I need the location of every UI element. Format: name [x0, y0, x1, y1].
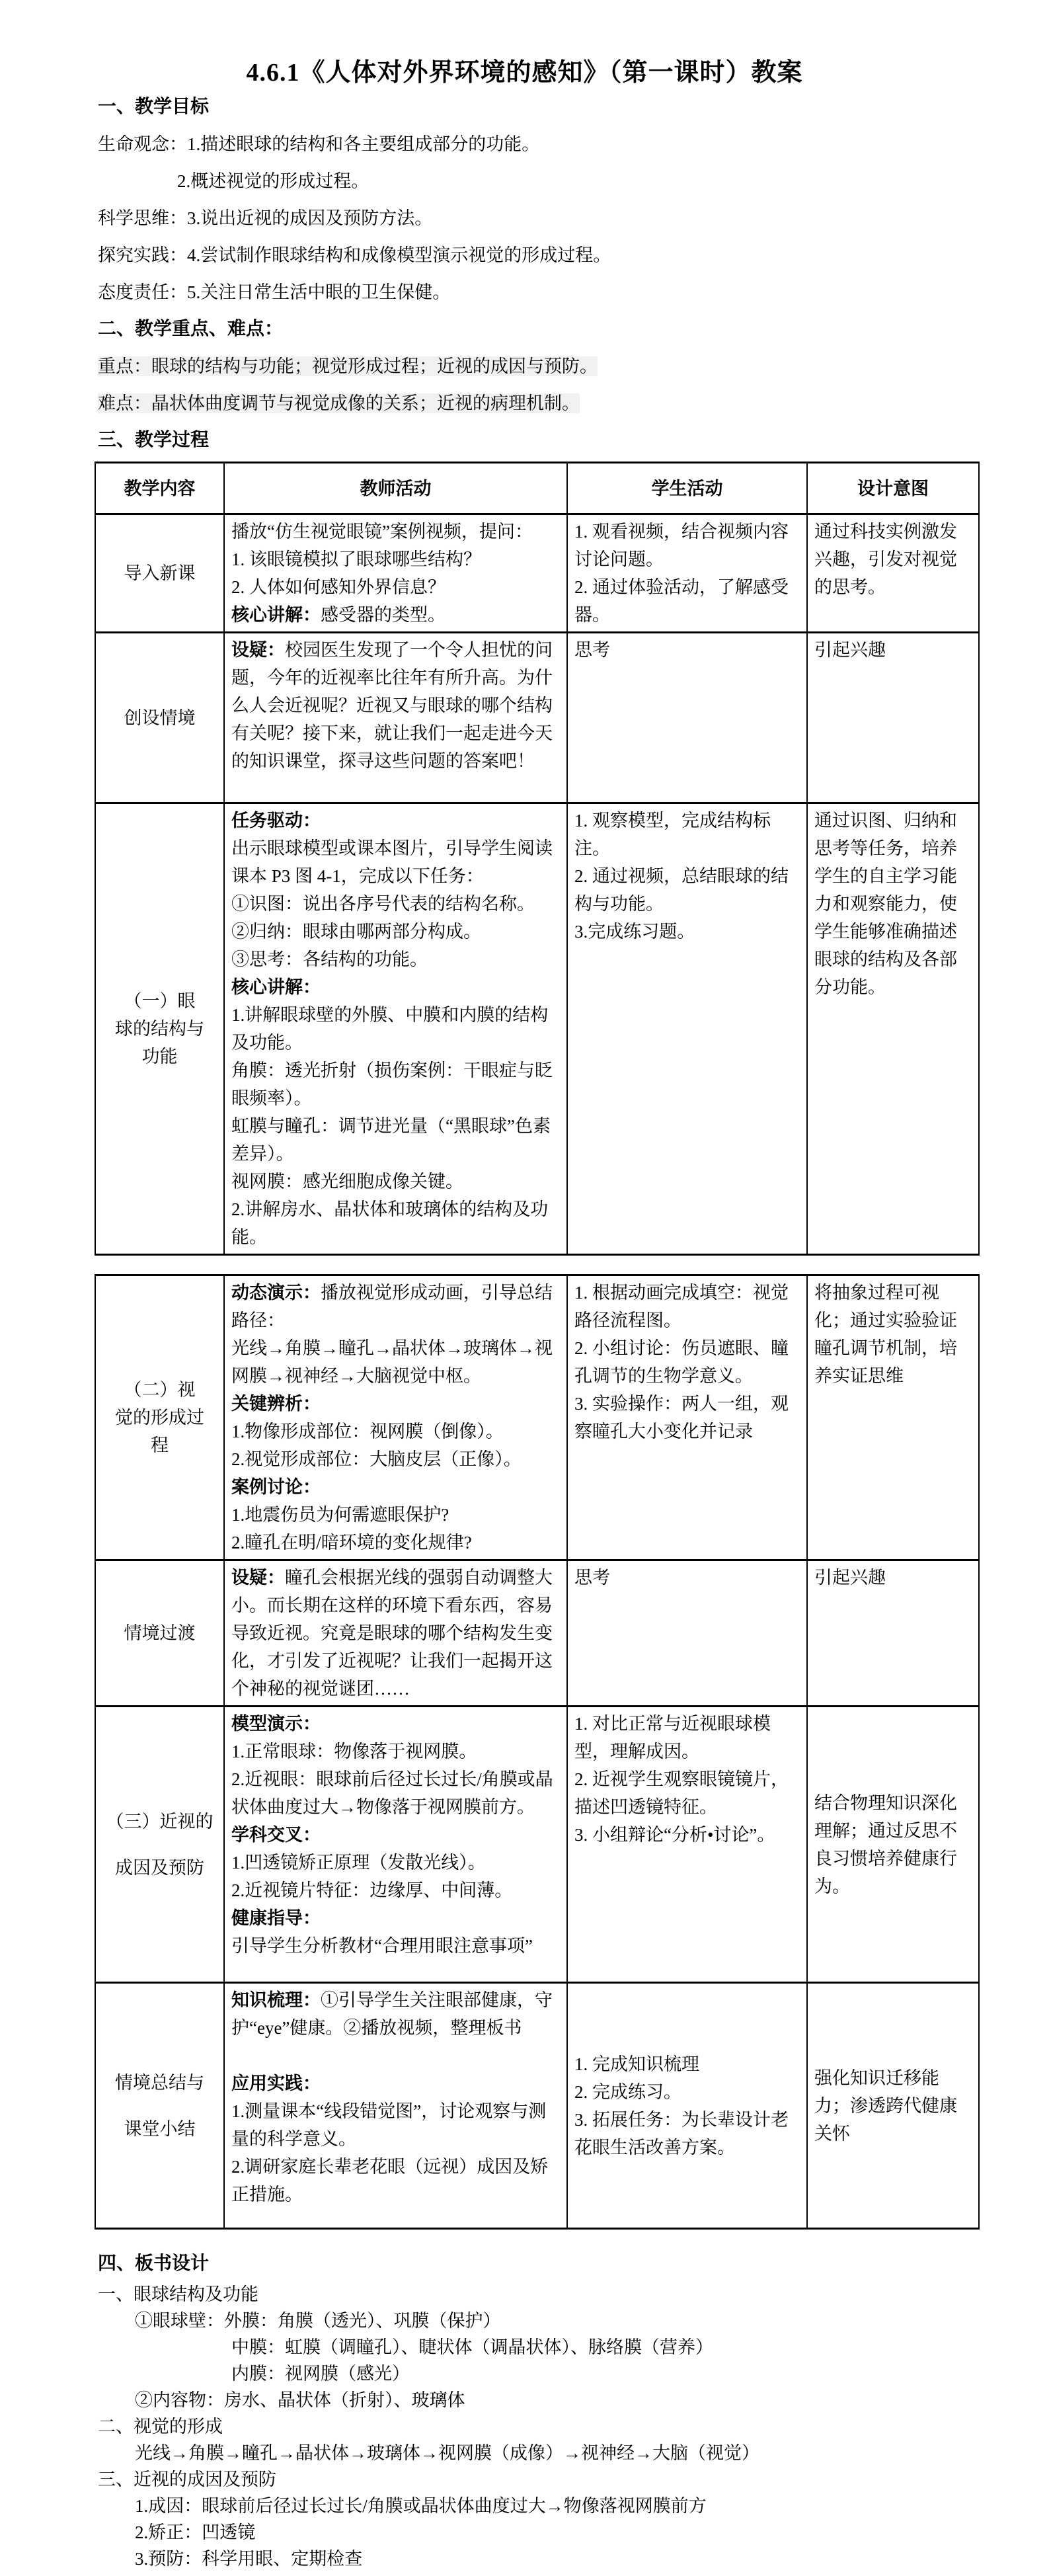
table-row: 创设情境设疑：校园医生发现了一个令人担忧的问题，今年的近视率比往年有所升高。为什… — [95, 633, 979, 803]
paragraph: 通过识图、归纳和思考等任务，培养学生的自主学习能力和观察能力，使学生能够准确描述… — [814, 807, 972, 1001]
table-gap — [95, 1256, 983, 1274]
paragraph: 知识梳理：①引导学生关注眼部健康，守护“eye”健康。②播放视频，整理板书 — [231, 1986, 560, 2042]
student-cell: 1. 完成知识梳理2. 完成练习。3. 拓展任务：为长辈设计老花眼生活改善方案。 — [567, 1983, 807, 2229]
paragraph: 光线→角膜→瞳孔→晶状体→玻璃体→视网膜→视神经→大脑视觉中枢。 — [231, 1334, 560, 1390]
board-line: ①眼球壁：外膜：角膜（透光）、巩膜（保护） — [98, 2308, 983, 2334]
heading-board: 四、板书设计 — [98, 2247, 983, 2281]
paragraph: 1.讲解眼球壁的外膜、中膜和内膜的结构及功能。 — [231, 1001, 560, 1057]
teacher-cell: 知识梳理：①引导学生关注眼部健康，守护“eye”健康。②播放视频，整理板书 应用… — [224, 1983, 567, 2229]
paragraph: 1. 观察模型，完成结构标注。 — [574, 807, 800, 862]
heading-keypoints: 二、教学重点、难点： — [98, 311, 983, 348]
board-line: 一、眼球结构及功能 — [98, 2281, 983, 2308]
teacher-cell: 设疑：校园医生发现了一个令人担忧的问题，今年的近视率比往年有所升高。为什么人会近… — [224, 633, 567, 803]
header-cell: 学生活动 — [567, 463, 807, 514]
student-cell: 思考 — [567, 633, 807, 803]
paragraph: 1. 根据动画完成填空：视觉路径流程图。 — [574, 1279, 800, 1334]
objective-line: 探究实践：4.尝试制作眼球结构和成像模型演示视觉的形成过程。 — [98, 237, 983, 274]
paragraph: 出示眼球模型或课本图片，引导学生阅读课本 P3 图 4-1，完成以下任务： — [231, 834, 560, 890]
paragraph: 2. 人体如何感知外界信息？ — [231, 573, 560, 601]
paragraph: 1.地震伤员为何需遮眼保护? — [231, 1501, 560, 1529]
paragraph: 视网膜：感光细胞成像关键。 — [231, 1168, 560, 1195]
intent-cell: 结合物理知识深化理解；通过反思不良习惯培养健康行为。 — [807, 1707, 979, 1983]
paragraph: ③思考：各结构的功能。 — [231, 946, 560, 973]
lesson-plan-document: 4.6.1《人体对外界环境的感知》（第一课时）教案 一、教学目标 生命观念：1.… — [0, 0, 1049, 2576]
document-body: 一、教学目标 生命观念：1.描述眼球的结构和各主要组成部分的功能。2.概述视觉的… — [0, 89, 1049, 2572]
page-title: 4.6.1《人体对外界环境的感知》（第一课时）教案 — [0, 0, 1049, 89]
intent-cell: 引起兴趣 — [807, 1560, 979, 1707]
paragraph: 动态演示：播放视觉形成动画，引导总结路径： — [231, 1279, 560, 1334]
paragraph: 2. 通过视频，总结眼球的结构与功能。 — [574, 862, 800, 918]
teacher-cell: 动态演示：播放视觉形成动画，引导总结路径：光线→角膜→瞳孔→晶状体→玻璃体→视网… — [224, 1275, 567, 1560]
stage-cell: （三）近视的 成因及预防 — [95, 1707, 224, 1983]
table-row: （二）视 觉的形成过 程动态演示：播放视觉形成动画，引导总结路径：光线→角膜→瞳… — [95, 1275, 979, 1560]
paragraph: 2.讲解房水、晶状体和玻璃体的结构及功能。 — [231, 1195, 560, 1251]
paragraph: 通过科技实例激发兴趣，引发对视觉的思考。 — [814, 518, 972, 601]
board-line: 中膜：虹膜（调瞳孔）、睫状体（调晶状体）、脉络膜（营养） — [98, 2334, 983, 2360]
objective-line: 生命观念：1.描述眼球的结构和各主要组成部分的功能。 — [98, 126, 983, 163]
intent-cell: 通过科技实例激发兴趣，引发对视觉的思考。 — [807, 514, 979, 633]
paragraph: 将抽象过程可视化；通过实验验证瞳孔调节机制，培养实证思维 — [814, 1279, 972, 1390]
process-table-1: 教学内容教师活动学生活动设计意图导入新课播放“仿生视觉眼镜”案例视频，提问：1.… — [95, 462, 980, 1256]
paragraph: 2. 近视学生观察眼镜镜片，描述凹透镜特征。 — [574, 1765, 800, 1821]
paragraph: 引导学生分析教材“合理用眼注意事项” — [231, 1932, 560, 1960]
header-row: 教学内容教师活动学生活动设计意图 — [95, 463, 979, 514]
keypoints-list: 重点：眼球的结构与功能；视觉形成过程；近视的成因与预防。难点：晶状体曲度调节与视… — [98, 348, 983, 422]
board-list: 一、眼球结构及功能①眼球壁：外膜：角膜（透光）、巩膜（保护）中膜：虹膜（调瞳孔）… — [98, 2281, 983, 2572]
objectives-list: 生命观念：1.描述眼球的结构和各主要组成部分的功能。2.概述视觉的形成过程。科学… — [98, 126, 983, 311]
paragraph: 2. 完成练习。 — [574, 2078, 800, 2106]
table-row: 情境过渡设疑：瞳孔会根据光线的强弱自动调整大小。而长期在这样的环境下看东西，容易… — [95, 1560, 979, 1707]
header-cell: 教师活动 — [224, 463, 567, 514]
header-cell: 教学内容 — [95, 463, 224, 514]
table-row: 情境总结与 课堂小结知识梳理：①引导学生关注眼部健康，守护“eye”健康。②播放… — [95, 1983, 979, 2229]
paragraph: 2.近视眼：眼球前后径过长过长/角膜或晶状体曲度过大→物像落于视网膜前方。 — [231, 1765, 560, 1821]
stage-cell: 创设情境 — [95, 633, 224, 803]
process-tables: 教学内容教师活动学生活动设计意图导入新课播放“仿生视觉眼镜”案例视频，提问：1.… — [95, 462, 983, 2230]
stage-cell: 导入新课 — [95, 514, 224, 633]
paragraph: 核心讲解：感受器的类型。 — [231, 601, 560, 629]
board-line: 1.成因：眼球前后径过长过长/角膜或晶状体曲度过大→物像落视网膜前方 — [98, 2493, 983, 2519]
board-line: 二、视觉的形成 — [98, 2413, 983, 2440]
paragraph: 任务驱动： — [231, 807, 560, 834]
stage-cell: （二）视 觉的形成过 程 — [95, 1275, 224, 1560]
objective-line: 科学思维：3.说出近视的成因及预防方法。 — [98, 200, 983, 237]
board-line: 三、近视的成因及预防 — [98, 2466, 983, 2493]
paragraph: 3. 实验操作：两人一组，观察瞳孔大小变化并记录 — [574, 1390, 800, 1445]
paragraph: 设疑：瞳孔会根据光线的强弱自动调整大小。而长期在这样的环境下看东西，容易导致近视… — [231, 1564, 560, 1703]
paragraph: 1.测量课本“线段错觉图”，讨论观察与测量的科学意义。 — [231, 2097, 560, 2153]
teacher-cell: 设疑：瞳孔会根据光线的强弱自动调整大小。而长期在这样的环境下看东西，容易导致近视… — [224, 1560, 567, 1707]
paragraph: ②归纳：眼球由哪两部分构成。 — [231, 918, 560, 946]
keypoint-line: 难点：晶状体曲度调节与视觉成像的关系；近视的病理机制。 — [98, 385, 983, 422]
keypoint-text: 重点：眼球的结构与功能；视觉形成过程；近视的成因与预防。 — [98, 356, 598, 376]
intent-cell: 将抽象过程可视化；通过实验验证瞳孔调节机制，培养实证思维 — [807, 1275, 979, 1560]
board-line: ②内容物：房水、晶状体（折射）、玻璃体 — [98, 2387, 983, 2413]
paragraph: 1. 对比正常与近视眼球模型，理解成因。 — [574, 1710, 800, 1765]
intent-cell: 通过识图、归纳和思考等任务，培养学生的自主学习能力和观察能力，使学生能够准确描述… — [807, 803, 979, 1255]
paragraph: 引起兴趣 — [814, 1564, 972, 1591]
table-row: 导入新课播放“仿生视觉眼镜”案例视频，提问：1. 该眼镜模拟了眼球哪些结构？2.… — [95, 514, 979, 633]
board-line: 3.预防：科学用眼、定期检查 — [98, 2546, 983, 2572]
student-cell: 1. 对比正常与近视眼球模型，理解成因。2. 近视学生观察眼镜镜片，描述凹透镜特… — [567, 1707, 807, 1983]
paragraph: 结合物理知识深化理解；通过反思不良习惯培养健康行为。 — [814, 1789, 972, 1900]
board-line: 2.矫正：凹透镜 — [98, 2519, 983, 2546]
keypoint-text: 难点：晶状体曲度调节与视觉成像的关系；近视的病理机制。 — [98, 393, 580, 413]
heading-objectives: 一、教学目标 — [98, 89, 983, 126]
stage-cell: 情境过渡 — [95, 1560, 224, 1707]
paragraph: 角膜：透光折射（损伤案例：干眼症与眨眼频率）。 — [231, 1057, 560, 1112]
paragraph: 2. 通过体验活动，了解感受器。 — [574, 573, 800, 629]
paragraph: 思考 — [574, 636, 800, 664]
teacher-cell: 模型演示：1.正常眼球：物像落于视网膜。2.近视眼：眼球前后径过长过长/角膜或晶… — [224, 1707, 567, 1983]
paragraph: 模型演示： — [231, 1710, 560, 1738]
paragraph: 2.调研家庭长辈老花眼（远视）成因及矫正措施。 — [231, 2153, 560, 2208]
paragraph: 思考 — [574, 1564, 800, 1591]
paragraph: 2.近视镜片特征：边缘厚、中间薄。 — [231, 1876, 560, 1904]
paragraph: 关键辨析： — [231, 1390, 560, 1418]
paragraph: 播放“仿生视觉眼镜”案例视频，提问： — [231, 518, 560, 545]
teacher-cell: 任务驱动：出示眼球模型或课本图片，引导学生阅读课本 P3 图 4-1，完成以下任… — [224, 803, 567, 1255]
paragraph: 1.凹透镜矫正原理（发散光线）。 — [231, 1849, 560, 1876]
paragraph: 3. 拓展任务：为长辈设计老花眼生活改善方案。 — [574, 2106, 800, 2161]
student-cell: 思考 — [567, 1560, 807, 1707]
student-cell: 1. 根据动画完成填空：视觉路径流程图。2. 小组讨论：伤员遮眼、瞳孔调节的生物… — [567, 1275, 807, 1560]
paragraph: 1. 该眼镜模拟了眼球哪些结构？ — [231, 545, 560, 573]
student-cell: 1. 观看视频，结合视频内容讨论问题。2. 通过体验活动，了解感受器。 — [567, 514, 807, 633]
paragraph: 核心讲解： — [231, 973, 560, 1001]
paragraph: 3. 小组辩论“分析•讨论”。 — [574, 1821, 800, 1849]
board-line: 内膜：视网膜（感光） — [98, 2360, 983, 2387]
paragraph: 虹膜与瞳孔：调节进光量（“黑眼球”色素差异）。 — [231, 1112, 560, 1168]
paragraph: 引起兴趣 — [814, 636, 972, 664]
paragraph: ①识图：说出各序号代表的结构名称。 — [231, 890, 560, 918]
paragraph: 1.物像形成部位：视网膜（倒像）。 — [231, 1418, 560, 1445]
header-cell: 设计意图 — [807, 463, 979, 514]
table-row: （一）眼 球的结构与 功能任务驱动：出示眼球模型或课本图片，引导学生阅读课本 P… — [95, 803, 979, 1255]
teacher-cell: 播放“仿生视觉眼镜”案例视频，提问：1. 该眼镜模拟了眼球哪些结构？2. 人体如… — [224, 514, 567, 633]
process-table-2: （二）视 觉的形成过 程动态演示：播放视觉形成动画，引导总结路径：光线→角膜→瞳… — [95, 1274, 980, 2230]
paragraph: 案例讨论： — [231, 1473, 560, 1501]
paragraph: 1. 完成知识梳理 — [574, 2050, 800, 2078]
paragraph: 2.视觉形成部位：大脑皮层（正像）。 — [231, 1445, 560, 1473]
paragraph: 2. 小组讨论：伤员遮眼、瞳孔调节的生物学意义。 — [574, 1334, 800, 1390]
paragraph: 健康指导： — [231, 1904, 560, 1932]
intent-cell: 引起兴趣 — [807, 633, 979, 803]
objective-line: 2.概述视觉的形成过程。 — [98, 163, 983, 200]
paragraph: 应用实践： — [231, 2070, 560, 2097]
paragraph: 强化知识迁移能力；渗透跨代健康关怀 — [814, 2064, 972, 2148]
paragraph: 1. 观看视频，结合视频内容讨论问题。 — [574, 518, 800, 573]
keypoint-line: 重点：眼球的结构与功能；视觉形成过程；近视的成因与预防。 — [98, 348, 983, 385]
paragraph: 学科交叉： — [231, 1821, 560, 1849]
stage-cell: 情境总结与 课堂小结 — [95, 1983, 224, 2229]
board-line: 光线→角膜→瞳孔→晶状体→玻璃体→视网膜（成像）→视神经→大脑（视觉） — [98, 2440, 983, 2466]
intent-cell: 强化知识迁移能力；渗透跨代健康关怀 — [807, 1983, 979, 2229]
objective-line: 态度责任：5.关注日常生活中眼的卫生保健。 — [98, 274, 983, 311]
paragraph — [231, 2042, 560, 2070]
paragraph: 设疑：校园医生发现了一个令人担忧的问题，今年的近视率比往年有所升高。为什么人会近… — [231, 636, 560, 775]
paragraph: 2.瞳孔在明/暗环境的变化规律? — [231, 1529, 560, 1556]
table-row: （三）近视的 成因及预防模型演示：1.正常眼球：物像落于视网膜。2.近视眼：眼球… — [95, 1707, 979, 1983]
student-cell: 1. 观察模型，完成结构标注。2. 通过视频，总结眼球的结构与功能。3.完成练习… — [567, 803, 807, 1255]
paragraph: 3.完成练习题。 — [574, 918, 800, 946]
heading-process: 三、教学过程 — [98, 422, 983, 459]
stage-cell: （一）眼 球的结构与 功能 — [95, 803, 224, 1255]
paragraph: 1.正常眼球：物像落于视网膜。 — [231, 1738, 560, 1765]
